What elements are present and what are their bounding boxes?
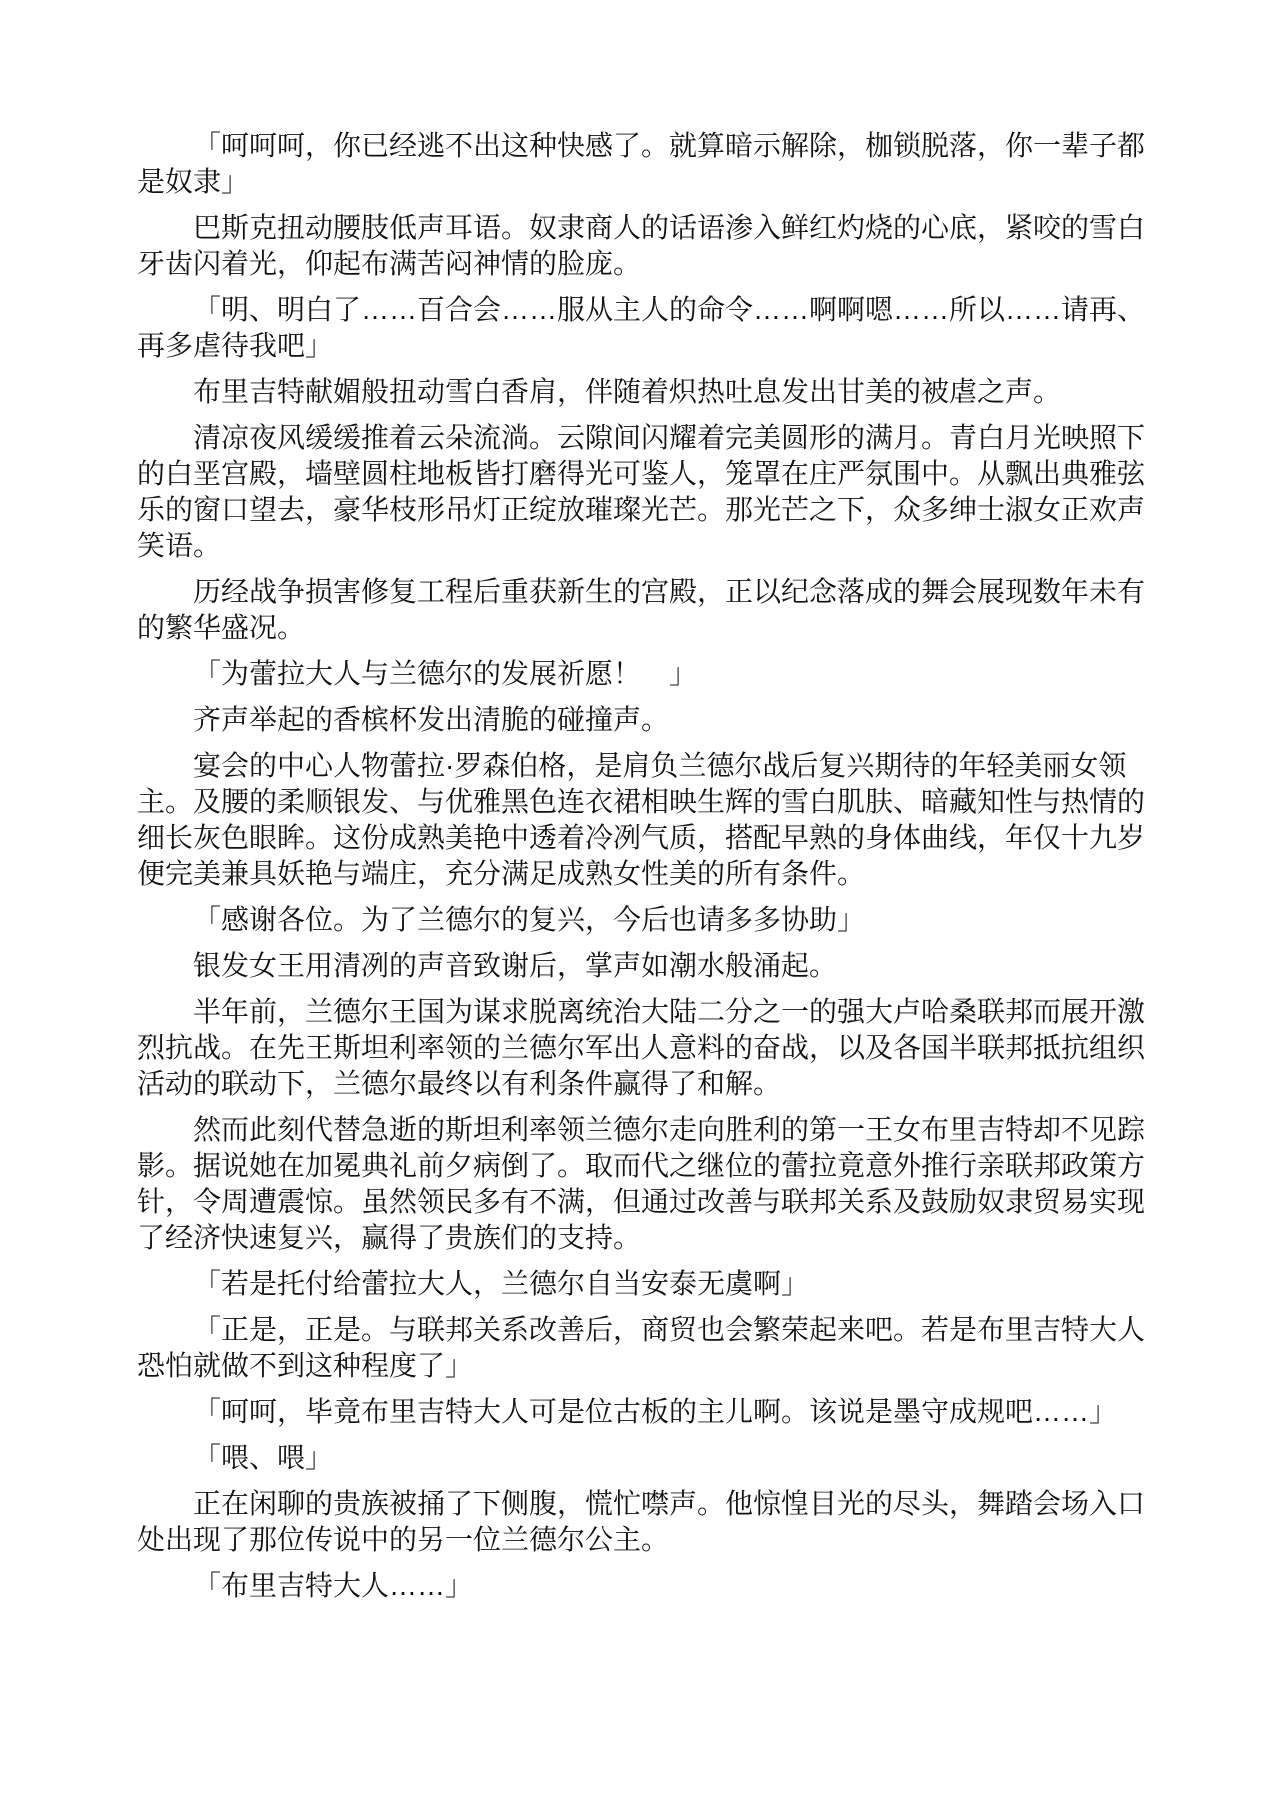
paragraph-dialogue: 「布里吉特大人……」	[137, 1568, 1159, 1604]
text-column: 「呵呵呵，你已经逃不出这种快感了。就算暗示解除，枷锁脱落，你一辈子都是奴隶」 巴…	[137, 128, 1159, 1614]
paragraph-narration: 宴会的中心人物蕾拉·罗森伯格，是肩负兰德尔战后复兴期待的年轻美丽女领主。及腰的柔…	[137, 748, 1159, 892]
paragraph-dialogue: 「若是托付给蕾拉大人，兰德尔自当安泰无虞啊」	[137, 1266, 1159, 1302]
paragraph-narration: 布里吉特献媚般扭动雪白香肩，伴随着炽热吐息发出甘美的被虐之声。	[137, 374, 1159, 410]
paragraph-narration: 半年前，兰德尔王国为谋求脱离统治大陆二分之一的强大卢哈桑联邦而展开激烈抗战。在先…	[137, 994, 1159, 1102]
novel-page: 「呵呵呵，你已经逃不出这种快感了。就算暗示解除，枷锁脱落，你一辈子都是奴隶」 巴…	[0, 0, 1280, 1808]
paragraph-narration: 正在闲聊的贵族被捅了下侧腹，慌忙噤声。他惊惶目光的尽头，舞踏会场入口处出现了那位…	[137, 1486, 1159, 1558]
paragraph-narration: 然而此刻代替急逝的斯坦利率领兰德尔走向胜利的第一王女布里吉特却不见踪影。据说她在…	[137, 1112, 1159, 1256]
paragraph-narration: 巴斯克扭动腰肢低声耳语。奴隶商人的话语渗入鲜红灼烧的心底，紧咬的雪白牙齿闪着光，…	[137, 210, 1159, 282]
paragraph-dialogue: 「为蕾拉大人与兰德尔的发展祈愿！ 」	[137, 656, 1159, 692]
paragraph-dialogue: 「呵呵，毕竟布里吉特大人可是位古板的主儿啊。该说是墨守成规吧……」	[137, 1394, 1159, 1430]
paragraph-dialogue: 「喂、喂」	[137, 1440, 1159, 1476]
paragraph-narration: 齐声举起的香槟杯发出清脆的碰撞声。	[137, 702, 1159, 738]
paragraph-dialogue: 「呵呵呵，你已经逃不出这种快感了。就算暗示解除，枷锁脱落，你一辈子都是奴隶」	[137, 128, 1159, 200]
paragraph-dialogue: 「明、明白了……百合会……服从主人的命令……啊啊嗯……所以……请再、再多虐待我吧…	[137, 292, 1159, 364]
paragraph-dialogue: 「感谢各位。为了兰德尔的复兴，今后也请多多协助」	[137, 902, 1159, 938]
paragraph-dialogue: 「正是，正是。与联邦关系改善后，商贸也会繁荣起来吧。若是布里吉特大人恐怕就做不到…	[137, 1312, 1159, 1384]
paragraph-narration: 历经战争损害修复工程后重获新生的宫殿，正以纪念落成的舞会展现数年未有的繁华盛况。	[137, 574, 1159, 646]
paragraph-narration: 清凉夜风缓缓推着云朵流淌。云隙间闪耀着完美圆形的满月。青白月光映照下的白垩宫殿，…	[137, 420, 1159, 564]
paragraph-narration: 银发女王用清冽的声音致谢后，掌声如潮水般涌起。	[137, 948, 1159, 984]
